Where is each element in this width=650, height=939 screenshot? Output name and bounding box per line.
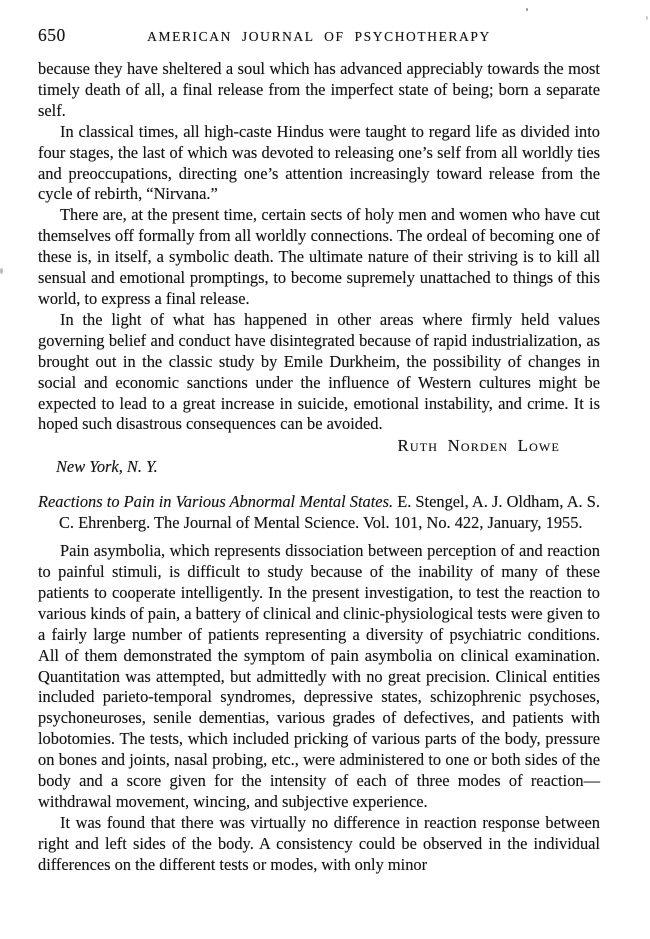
- page-number: 650: [38, 25, 100, 46]
- review-paragraph: Pain asymbolia, which represents dissoci…: [38, 541, 600, 813]
- article-citation: Reactions to Pain in Various Abnormal Me…: [38, 492, 600, 534]
- reviewer-location: New York, N. Y.: [38, 456, 600, 477]
- review-pain-asymbolia: Reactions to Pain in Various Abnormal Me…: [38, 492, 600, 875]
- scan-speck: [0, 268, 3, 274]
- scan-speck: [526, 8, 528, 11]
- reviewer-signature: Ruth Norden Lowe: [38, 435, 600, 456]
- review-continued: because they have sheltered a soul which…: [38, 59, 600, 477]
- scan-speck: [646, 16, 648, 20]
- review-paragraph: In the light of what has happened in oth…: [38, 310, 600, 435]
- journal-title: AMERICAN JOURNAL OF PSYCHOTHERAPY: [100, 29, 538, 45]
- running-head: 650 AMERICAN JOURNAL OF PSYCHOTHERAPY: [38, 25, 600, 46]
- review-paragraph: There are, at the present time, certain …: [38, 205, 600, 310]
- journal-page: 650 AMERICAN JOURNAL OF PSYCHOTHERAPY be…: [0, 0, 650, 939]
- review-paragraph: It was found that there was virtually no…: [38, 813, 600, 876]
- review-paragraph: because they have sheltered a soul which…: [38, 59, 600, 122]
- citation-title: Reactions to Pain in Various Abnormal Me…: [38, 492, 393, 511]
- review-paragraph: In classical times, all high-caste Hindu…: [38, 122, 600, 206]
